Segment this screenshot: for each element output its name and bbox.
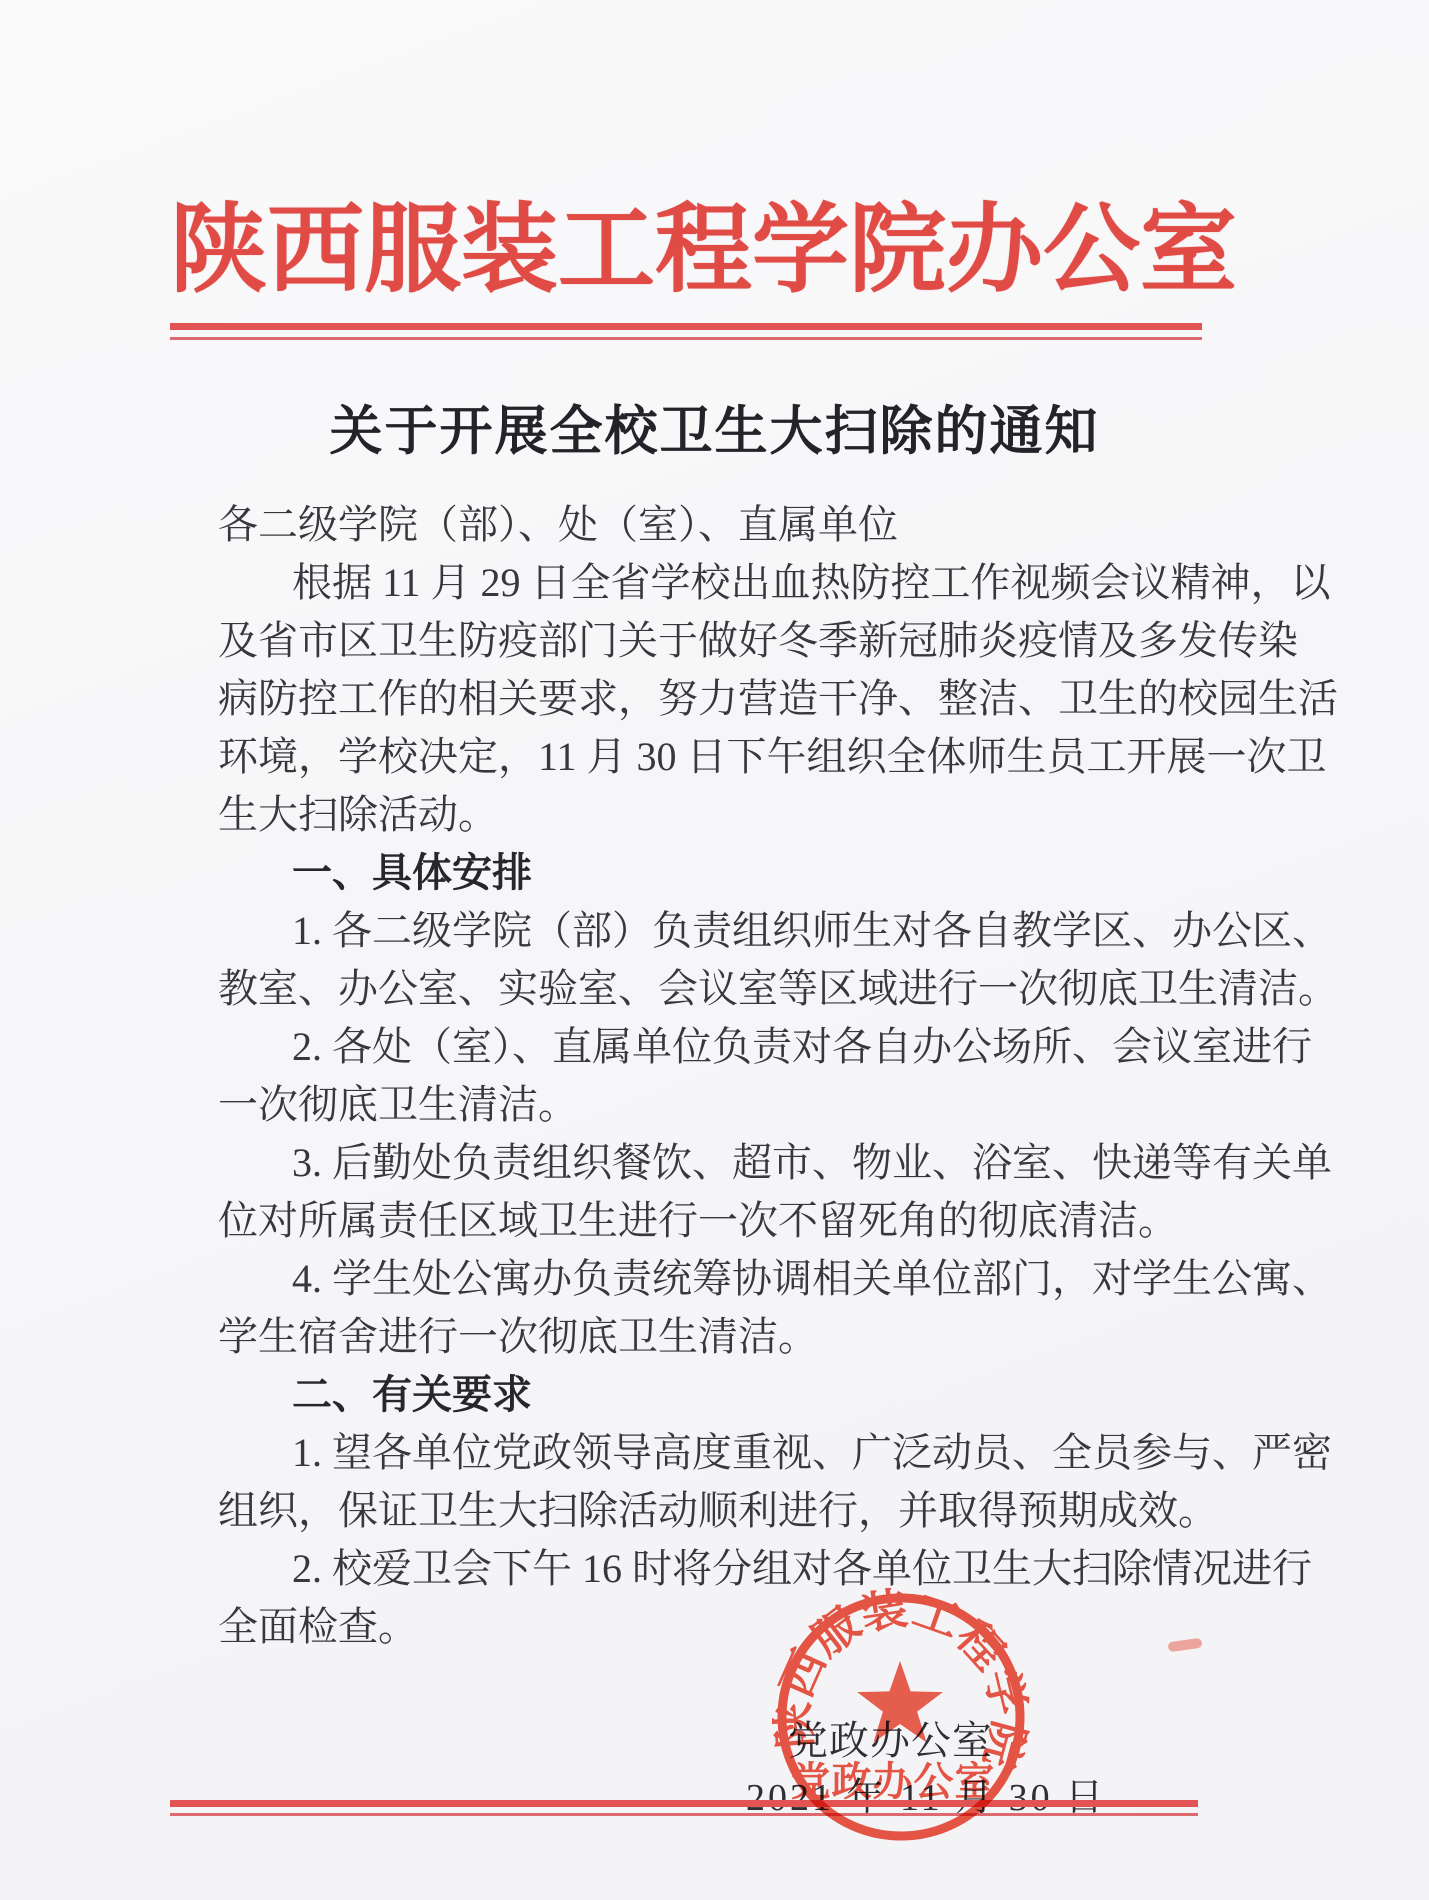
- body-line: 生大扫除活动。: [218, 786, 1242, 844]
- letterhead-separator-thick: [170, 323, 1202, 330]
- body-line: 根据 11 月 29 日全省学校出血热防控工作视频会议精神，以: [218, 554, 1242, 612]
- seal-star-icon: [857, 1661, 943, 1742]
- footer-separator-thin: [170, 1813, 1198, 1816]
- body-section-heading: 二、有关要求: [218, 1366, 1242, 1424]
- official-seal: 陕西服装工程学院 党政办公室: [772, 1588, 1030, 1846]
- letterhead-org-title: 陕西服装工程学院办公室: [170, 192, 1202, 310]
- body-line: 学生宿舍进行一次彻底卫生清洁。: [218, 1308, 1242, 1366]
- scanned-notice-page: 陕西服装工程学院办公室 关于开展全校卫生大扫除的通知 各二级学院（部）、处（室）…: [0, 0, 1429, 1900]
- body-line: 2. 各处（室）、直属单位负责对各自办公场所、会议室进行: [218, 1018, 1242, 1076]
- body-line: 全面检查。: [218, 1598, 1242, 1656]
- footer-separator-thick: [170, 1800, 1198, 1807]
- body-section-heading: 一、具体安排: [218, 844, 1242, 902]
- body-line: 1. 各二级学院（部）负责组织师生对各自教学区、办公区、: [218, 902, 1242, 960]
- body-line: 组织，保证卫生大扫除活动顺利进行，并取得预期成效。: [218, 1482, 1242, 1540]
- body-line-salutation: 各二级学院（部）、处（室）、直属单位: [218, 496, 1242, 554]
- seal-bottom-text: 党政办公室: [791, 1759, 996, 1804]
- letterhead-separator-thin: [170, 337, 1202, 340]
- body-line: 病防控工作的相关要求，努力营造干净、整洁、卫生的校园生活: [218, 670, 1242, 728]
- body-line: 环境，学校决定，11 月 30 日下午组织全体师生员工开展一次卫: [218, 728, 1242, 786]
- body-line: 及省市区卫生防疫部门关于做好冬季新冠肺炎疫情及多发传染: [218, 612, 1242, 670]
- body-line: 3. 后勤处负责组织餐饮、超市、物业、浴室、快递等有关单: [218, 1134, 1242, 1192]
- document-body: 各二级学院（部）、处（室）、直属单位 根据 11 月 29 日全省学校出血热防控…: [218, 496, 1242, 1656]
- body-line: 一次彻底卫生清洁。: [218, 1076, 1242, 1134]
- body-line: 2. 校爱卫会下午 16 时将分组对各单位卫生大扫除情况进行: [218, 1540, 1242, 1598]
- body-line: 位对所属责任区域卫生进行一次不留死角的彻底清洁。: [218, 1192, 1242, 1250]
- document-title: 关于开展全校卫生大扫除的通知: [0, 389, 1429, 465]
- body-line: 教室、办公室、实验室、会议室等区域进行一次彻底卫生清洁。: [218, 960, 1242, 1018]
- body-line: 4. 学生处公寓办负责统筹协调相关单位部门，对学生公寓、: [218, 1250, 1242, 1308]
- body-line: 1. 望各单位党政领导高度重视、广泛动员、全员参与、严密: [218, 1424, 1242, 1482]
